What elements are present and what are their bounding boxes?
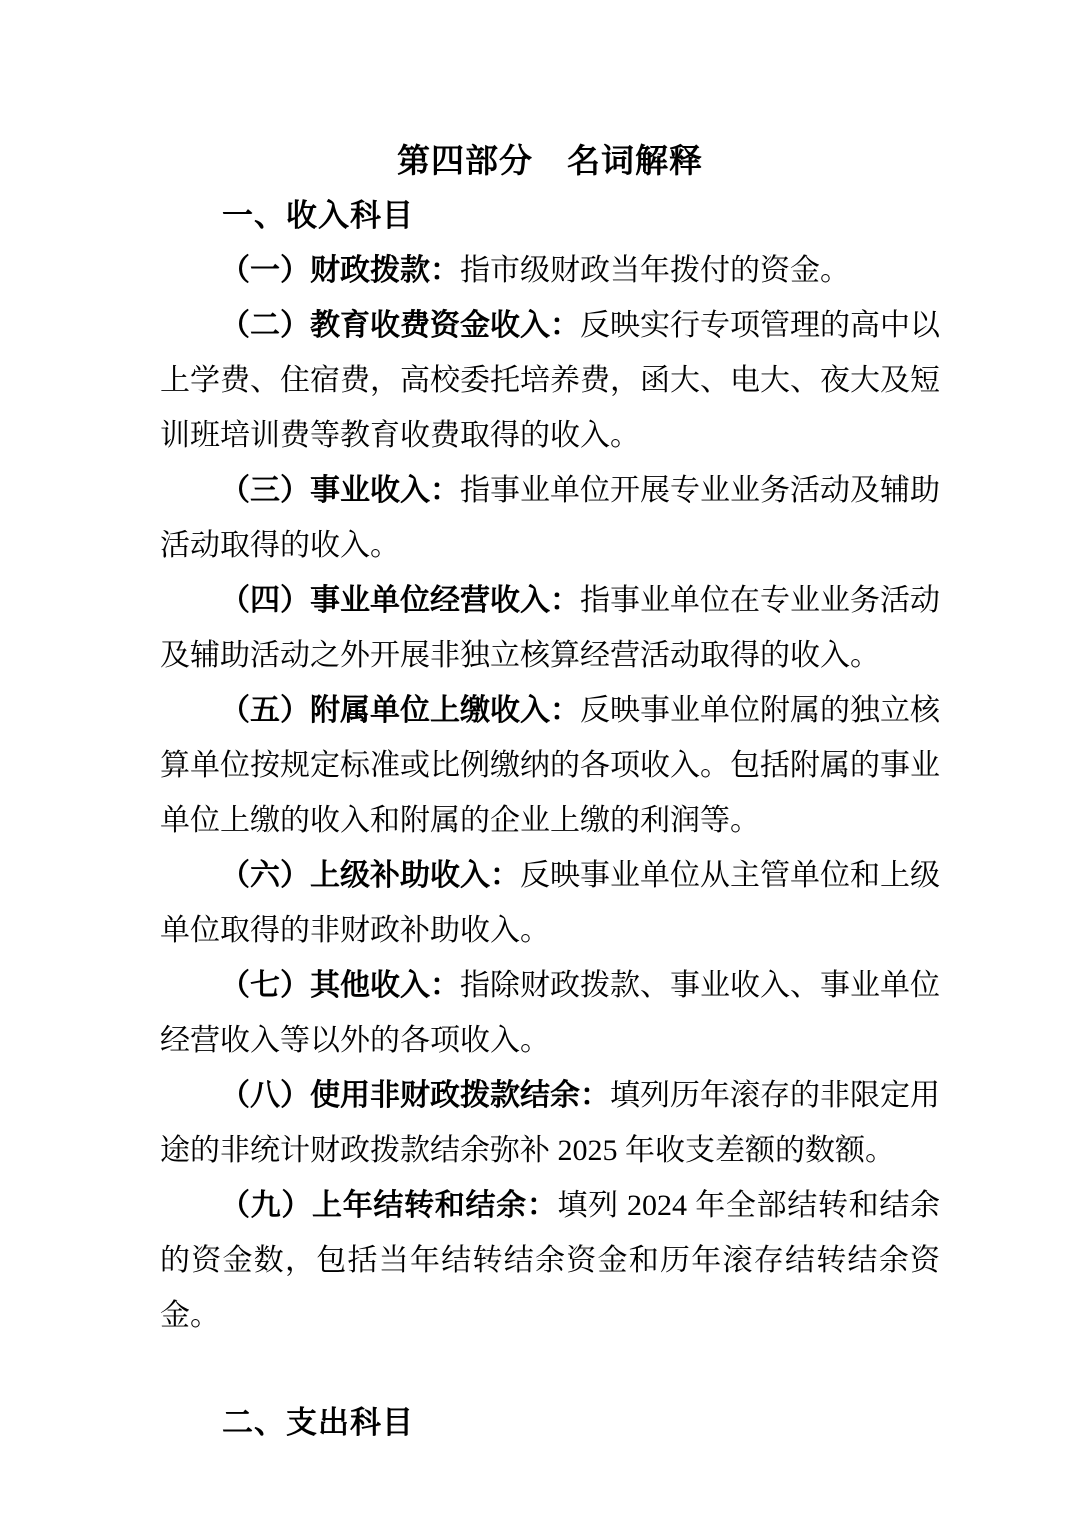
definition-paragraph: （七）其他收入：指除财政拨款、事业收入、事业单位经营收入等以外的各项收入。 — [160, 958, 940, 1068]
definition-paragraph: （一）财政拨款：指市级财政当年拨付的资金。 — [160, 243, 940, 298]
definition-paragraph: （八）使用非财政拨款结余：填列历年滚存的非限定用途的非统计财政拨款结余弥补 20… — [160, 1068, 940, 1178]
definition-label: （九）上年结转和结余： — [220, 1189, 558, 1222]
section-heading-income: 一、收入科目 — [160, 188, 940, 243]
definition-paragraph: （九）上年结转和结余：填列 2024 年全部结转和结余的资金数，包括当年结转结余… — [160, 1178, 940, 1343]
definition-paragraph: （三）事业收入：指事业单位开展专业业务活动及辅助活动取得的收入。 — [160, 463, 940, 573]
definition-label: （六）上级补助收入： — [220, 859, 520, 892]
definition-paragraph: （五）附属单位上缴收入：反映事业单位附属的独立核算单位按规定标准或比例缴纳的各项… — [160, 683, 940, 848]
definition-paragraph: （二）教育收费资金收入：反映实行专项管理的高中以上学费、住宿费，高校委托培养费，… — [160, 298, 940, 463]
definition-label: （二）教育收费资金收入： — [220, 309, 580, 342]
definition-paragraph: （六）上级补助收入：反映事业单位从主管单位和上级单位取得的非财政补助收入。 — [160, 848, 940, 958]
definition-label: （五）附属单位上缴收入： — [220, 694, 580, 727]
definition-label: （三）事业收入： — [220, 474, 460, 507]
definition-label: （四）事业单位经营收入： — [220, 584, 580, 617]
document-page: 第四部分 名词解释 一、收入科目 （一）财政拨款：指市级财政当年拨付的资金。 （… — [0, 0, 1074, 1520]
definition-label: （七）其他收入： — [220, 969, 460, 1002]
section-heading-expenditure: 二、支出科目 — [160, 1395, 940, 1450]
definition-label: （八）使用非财政拨款结余： — [220, 1079, 610, 1112]
definition-label: （一）财政拨款： — [220, 254, 460, 287]
definition-paragraph: （四）事业单位经营收入：指事业单位在专业业务活动及辅助活动之外开展非独立核算经营… — [160, 573, 940, 683]
document-title: 第四部分 名词解释 — [160, 133, 940, 188]
definition-text: 指市级财政当年拨付的资金。 — [460, 254, 850, 287]
